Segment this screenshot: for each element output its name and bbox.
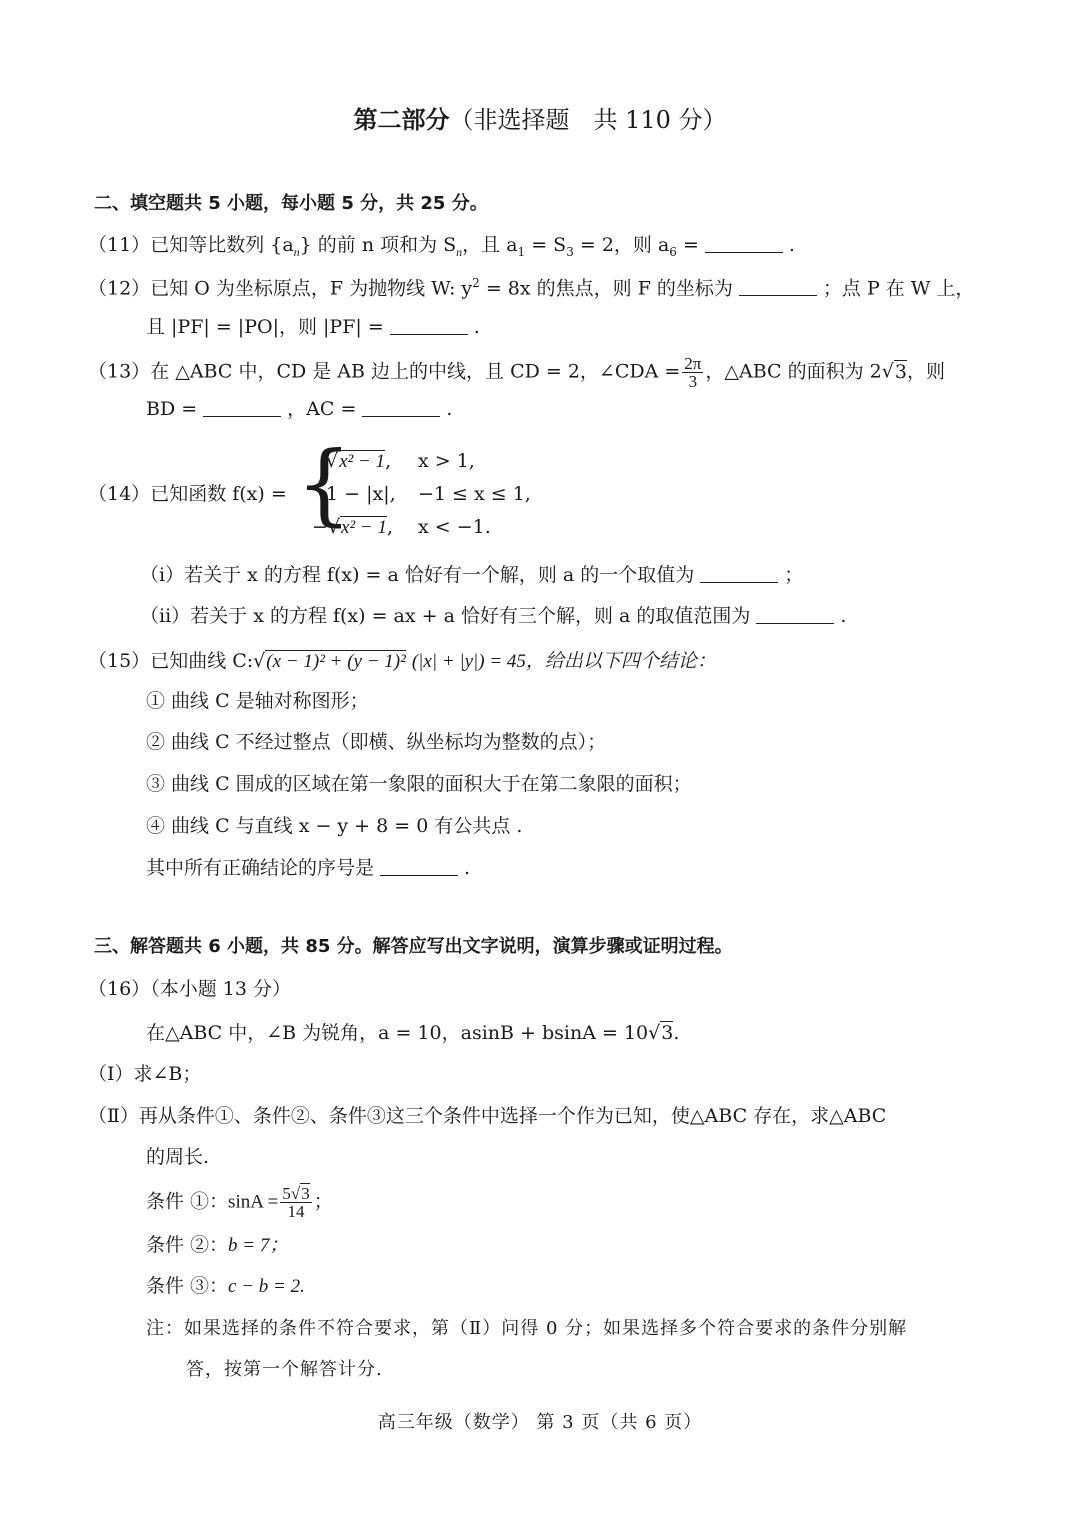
- q14-lead: 已知函数 f(x) =: [150, 483, 287, 505]
- q13-text: ，△ABC 的面积为 2: [705, 361, 881, 383]
- conclusion-2: ② 曲线 C 不经过整点（即横、纵坐标均为整数的点）；: [146, 733, 606, 752]
- question-number: （13）: [88, 361, 150, 383]
- question-16-stem: 在△ABC 中，∠B 为锐角，a = 10，asinB + bsinA = 10…: [146, 1024, 679, 1043]
- sqrt-icon: √: [328, 516, 340, 538]
- section-3-heading: 三、解答题共 6 小题，共 85 分。解答应写出文字说明，演算步骤或证明过程。: [94, 938, 733, 956]
- fraction-denominator: 3: [682, 373, 703, 390]
- question-15-ask: 其中所有正确结论的序号是.: [146, 859, 470, 878]
- q12-text: 已知 O 为坐标原点，F 为抛物线 W: y: [150, 277, 472, 299]
- question-13: （13）在 △ABC 中，CD 是 AB 边上的中线，且 CD = 2，∠CDA…: [88, 355, 945, 390]
- answer-blank: [380, 874, 458, 876]
- sqrt-icon: √: [882, 361, 894, 383]
- question-11: （11）已知等比数列 {an} 的前 n 项和为 Sn，且 a1 = S3 = …: [88, 236, 795, 258]
- q11-text: } 的前 n 项和为 S: [300, 234, 457, 256]
- question-number: （12）: [88, 277, 150, 299]
- question-16-part-2-line-2: 的周长.: [146, 1148, 209, 1167]
- piecewise-cond-2: −1 ≤ x ≤ 1,: [418, 485, 531, 504]
- q16-stem-end: .: [673, 1022, 679, 1044]
- q15-ask-text: 其中所有正确结论的序号是: [146, 857, 374, 879]
- fraction-numerator: 2π: [682, 355, 703, 373]
- sqrt-radicand: 3: [660, 1021, 673, 1044]
- sqrt-icon: √: [648, 1022, 660, 1044]
- condition-label: 条件 ③：: [146, 1275, 228, 1297]
- condition-3: 条件 ③：c − b = 2.: [146, 1277, 305, 1296]
- piecewise-cond-1: x > 1,: [418, 452, 475, 471]
- question-14: （14）已知函数 f(x) =: [88, 485, 287, 504]
- fraction: 2π3: [682, 355, 703, 390]
- q13-text: ，则: [907, 361, 945, 383]
- fraction-numerator: 5√3: [280, 1185, 311, 1203]
- q11-end: .: [789, 234, 795, 256]
- question-points: （本小题 13 分）: [150, 978, 291, 1000]
- part-label: （Ⅱ）: [88, 1105, 139, 1127]
- case-expression: x² − 1: [338, 450, 385, 472]
- q11-text: = 2，则 a: [574, 234, 669, 256]
- question-number: （11）: [88, 234, 150, 256]
- question-16: （16）（本小题 13 分）: [88, 980, 291, 999]
- question-12: （12）已知 O 为坐标原点，F 为抛物线 W: y2 = 8x 的焦点，则 F…: [88, 277, 974, 298]
- condition-2: 条件 ②：b = 7；: [146, 1236, 288, 1255]
- answer-blank: [203, 415, 281, 417]
- answer-blank: [390, 333, 468, 335]
- page-title-part: 第二部分: [353, 105, 449, 134]
- q11-text: 已知等比数列 {a: [150, 234, 293, 256]
- question-12-line-2: 且 |PF| = |PO|，则 |PF| =.: [146, 318, 480, 337]
- conclusion-3: ③ 曲线 C 围成的区域在第一象限的面积大于在第二象限的面积；: [146, 775, 692, 794]
- part-text: 再从条件①、条件②、条件③这三个条件中选择一个作为已知，使△ABC 存在，求△A…: [139, 1105, 886, 1127]
- question-16-part-2: （Ⅱ）再从条件①、条件②、条件③这三个条件中选择一个作为已知，使△ABC 存在，…: [88, 1107, 886, 1126]
- part-text: 若关于 x 的方程 f(x) = ax + a 恰好有三个解，则 a 的取值范围…: [190, 605, 750, 627]
- sqrt-radicand: (x − 1)² + (y − 1)²: [265, 650, 406, 672]
- part-label: （Ⅰ）: [88, 1063, 134, 1085]
- note-line-2: 答，按第一个解答计分.: [186, 1361, 383, 1379]
- piecewise-case-1: √x² − 1,: [326, 452, 391, 471]
- condition-expr: b = 7；: [228, 1235, 288, 1256]
- condition-end: ；: [314, 1191, 333, 1213]
- part-end: .: [840, 605, 846, 627]
- sqrt-icon: √: [326, 450, 338, 472]
- condition-label: 条件 ②：: [146, 1234, 228, 1256]
- conclusion-4: ④ 曲线 C 与直线 x − y + 8 = 0 有公共点 .: [146, 817, 522, 836]
- question-number: （14）: [88, 483, 150, 505]
- q15-text: (|x| + |y|) = 45，给出以下四个结论：: [412, 651, 716, 672]
- sqrt-radicand: 3: [894, 360, 907, 383]
- sqrt-icon: √: [253, 650, 265, 672]
- q15-text: 已知曲线 C:: [150, 650, 253, 672]
- fraction: 5√314: [280, 1185, 311, 1220]
- case-expression: x² − 1: [340, 516, 387, 538]
- minus-sign: −: [312, 516, 328, 538]
- question-16-part-1: （Ⅰ）求∠B；: [88, 1065, 201, 1084]
- condition-label: 条件 ①：: [146, 1191, 228, 1213]
- question-14-part-i: （i）若关于 x 的方程 f(x) = a 恰好有一个解，则 a 的一个取值为；: [140, 566, 803, 585]
- q12-text: 且 |PF| = |PO|，则 |PF| =: [146, 316, 384, 338]
- q12-text: = 8x 的焦点，则 F 的坐标为: [480, 277, 733, 299]
- answer-blank: [739, 294, 817, 296]
- part-label: （ii）: [140, 605, 190, 627]
- piecewise-case-2: 1 − |x|,: [326, 485, 396, 504]
- q16-stem-text: 在△ABC 中，∠B 为锐角，a = 10，asinB + bsinA = 10: [146, 1022, 648, 1044]
- q12-end: .: [474, 316, 480, 338]
- question-14-part-ii: （ii）若关于 x 的方程 f(x) = ax + a 恰好有三个解，则 a 的…: [140, 607, 846, 626]
- part-label: （i）: [140, 564, 184, 586]
- q11-text: ，且 a: [462, 234, 517, 256]
- q13-end: .: [446, 398, 452, 420]
- section-2-heading: 二、填空题共 5 小题，每小题 5 分，共 25 分。: [94, 195, 488, 213]
- answer-blank: [705, 251, 783, 253]
- answer-blank: [362, 415, 440, 417]
- answer-blank: [700, 581, 778, 583]
- condition-expr: c − b = 2.: [228, 1276, 305, 1297]
- note-line-1: 注：如果选择的条件不符合要求，第（Ⅱ）问得 0 分；如果选择多个符合要求的条件分…: [146, 1320, 907, 1338]
- page-footer: 高三年级（数学） 第 3 页（共 6 页）: [0, 1414, 1080, 1432]
- q12-text: ；点 P 在 W 上，: [823, 277, 974, 299]
- q13-text: ，AC =: [287, 398, 356, 420]
- fraction-denominator: 14: [280, 1203, 311, 1220]
- piecewise-case-3: −√x² − 1,: [312, 518, 393, 537]
- q15-end: .: [464, 857, 470, 879]
- sqrt-radicand: 3: [300, 1183, 310, 1203]
- conclusion-1: ① 曲线 C 是轴对称图形；: [146, 692, 369, 711]
- condition-1: 条件 ①：sinA =5√314；: [146, 1185, 333, 1220]
- condition-expr: sinA =: [228, 1192, 278, 1213]
- numerator-coef: 5: [282, 1184, 291, 1203]
- question-number: （16）: [88, 978, 150, 1000]
- page-title: 第二部分（非选择题 共 110 分）: [0, 108, 1080, 132]
- q13-text: BD =: [146, 398, 197, 420]
- part-end: ；: [784, 564, 803, 586]
- question-number: （15）: [88, 650, 150, 672]
- q11-text: = S: [525, 234, 566, 256]
- page-title-subtitle: （非选择题 共 110 分）: [449, 106, 726, 134]
- part-text: 若关于 x 的方程 f(x) = a 恰好有一个解，则 a 的一个取值为: [184, 564, 694, 586]
- q11-text: =: [677, 234, 699, 256]
- answer-blank: [756, 622, 834, 624]
- q13-text: 在 △ABC 中，CD 是 AB 边上的中线，且 CD = 2，∠CDA =: [150, 361, 680, 383]
- question-13-line-2: BD =，AC =.: [146, 400, 452, 419]
- part-text: 求∠B；: [134, 1063, 202, 1085]
- question-15: （15）已知曲线 C:√(x − 1)² + (y − 1)² (|x| + |…: [88, 652, 716, 671]
- piecewise-cond-3: x < −1.: [418, 518, 491, 537]
